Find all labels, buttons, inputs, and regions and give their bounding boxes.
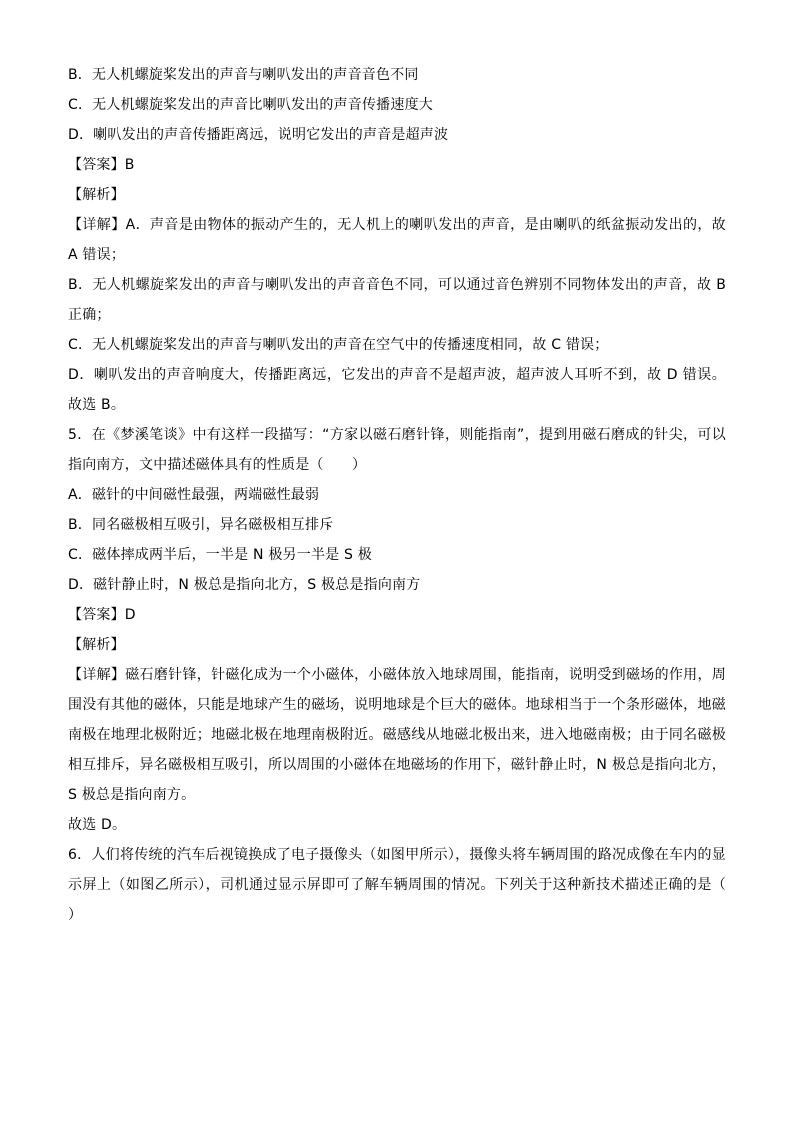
q5-explanation-line-1: 【详解】磁石磨针锋，针磁化成为一个小磁体，小磁体放入地球周围，能指南，说明受到磁…	[68, 660, 726, 690]
q5-explanation-line-5: S 极总是指向南方。	[68, 780, 726, 810]
q4-option-d: D．喇叭发出的声音传播距离远，说明它发出的声音是超声波	[68, 120, 726, 150]
q4-explanation-line-6: D．喇叭发出的声音响度大，传播距离远，它发出的声音不是超声波，超声波人耳听不到，…	[68, 360, 726, 390]
q5-option-b: B．同名磁极相互吸引，异名磁极相互排斥	[68, 510, 726, 540]
q4-explanation-line-1: 【详解】A．声音是由物体的振动产生的，无人机上的喇叭发出的声音，是由喇叭的纸盆振…	[68, 210, 726, 240]
q5-answer: 【答案】D	[68, 600, 726, 630]
q4-answer: 【答案】B	[68, 150, 726, 180]
q4-explanation-line-3: B．无人机螺旋桨发出的声音与喇叭发出的声音音色不同，可以通过音色辨别不同物体发出…	[68, 270, 726, 300]
q4-explanation-line-2: A 错误；	[68, 240, 726, 270]
q4-option-b: B．无人机螺旋桨发出的声音与喇叭发出的声音音色不同	[68, 60, 726, 90]
q5-option-a: A．磁针的中间磁性最强，两端磁性最弱	[68, 480, 726, 510]
q5-analysis-heading: 【解析】	[68, 630, 726, 660]
q6-stem-line-1: 6．人们将传统的汽车后视镜换成了电子摄像头（如图甲所示），摄像头将车辆周围的路况…	[68, 840, 726, 870]
q5-explanation-line-3: 南极在地理北极附近；地磁北极在地理南极附近。磁感线从地磁北极出来，进入地磁南极；…	[68, 720, 726, 750]
page: B．无人机螺旋桨发出的声音与喇叭发出的声音音色不同 C．无人机螺旋桨发出的声音比…	[0, 0, 794, 1123]
q4-explanation-line-5: C．无人机螺旋桨发出的声音与喇叭发出的声音在空气中的传播速度相同，故 C 错误；	[68, 330, 726, 360]
q4-analysis-heading: 【解析】	[68, 180, 726, 210]
q4-option-c: C．无人机螺旋桨发出的声音比喇叭发出的声音传播速度大	[68, 90, 726, 120]
q6-stem-line-2: 示屏上（如图乙所示），司机通过显示屏即可了解车辆周围的情况。下列关于这种新技术描…	[68, 870, 726, 900]
document-text: B．无人机螺旋桨发出的声音与喇叭发出的声音音色不同 C．无人机螺旋桨发出的声音比…	[68, 60, 726, 930]
q5-option-d: D．磁针静止时，N 极总是指向北方，S 极总是指向南方	[68, 570, 726, 600]
q5-explanation-line-2: 围没有其他的磁体，只能是地球产生的磁场，说明地球是个巨大的磁体。地球相当于一个条…	[68, 690, 726, 720]
q4-conclusion: 故选 B。	[68, 390, 726, 420]
q5-conclusion: 故选 D。	[68, 810, 726, 840]
q4-explanation-line-4: 正确；	[68, 300, 726, 330]
q6-stem-line-3: ）	[68, 900, 726, 930]
q5-stem-line-1: 5．在《梦溪笔谈》中有这样一段描写：“方家以磁石磨针锋，则能指南”，提到用磁石磨…	[68, 420, 726, 450]
q5-stem-line-2: 指向南方，文中描述磁体具有的性质是（ ）	[68, 450, 726, 480]
q5-explanation-line-4: 相互排斥，异名磁极相互吸引，所以周围的小磁体在地磁场的作用下，磁针静止时，N 极…	[68, 750, 726, 780]
q5-option-c: C．磁体摔成两半后，一半是 N 极另一半是 S 极	[68, 540, 726, 570]
